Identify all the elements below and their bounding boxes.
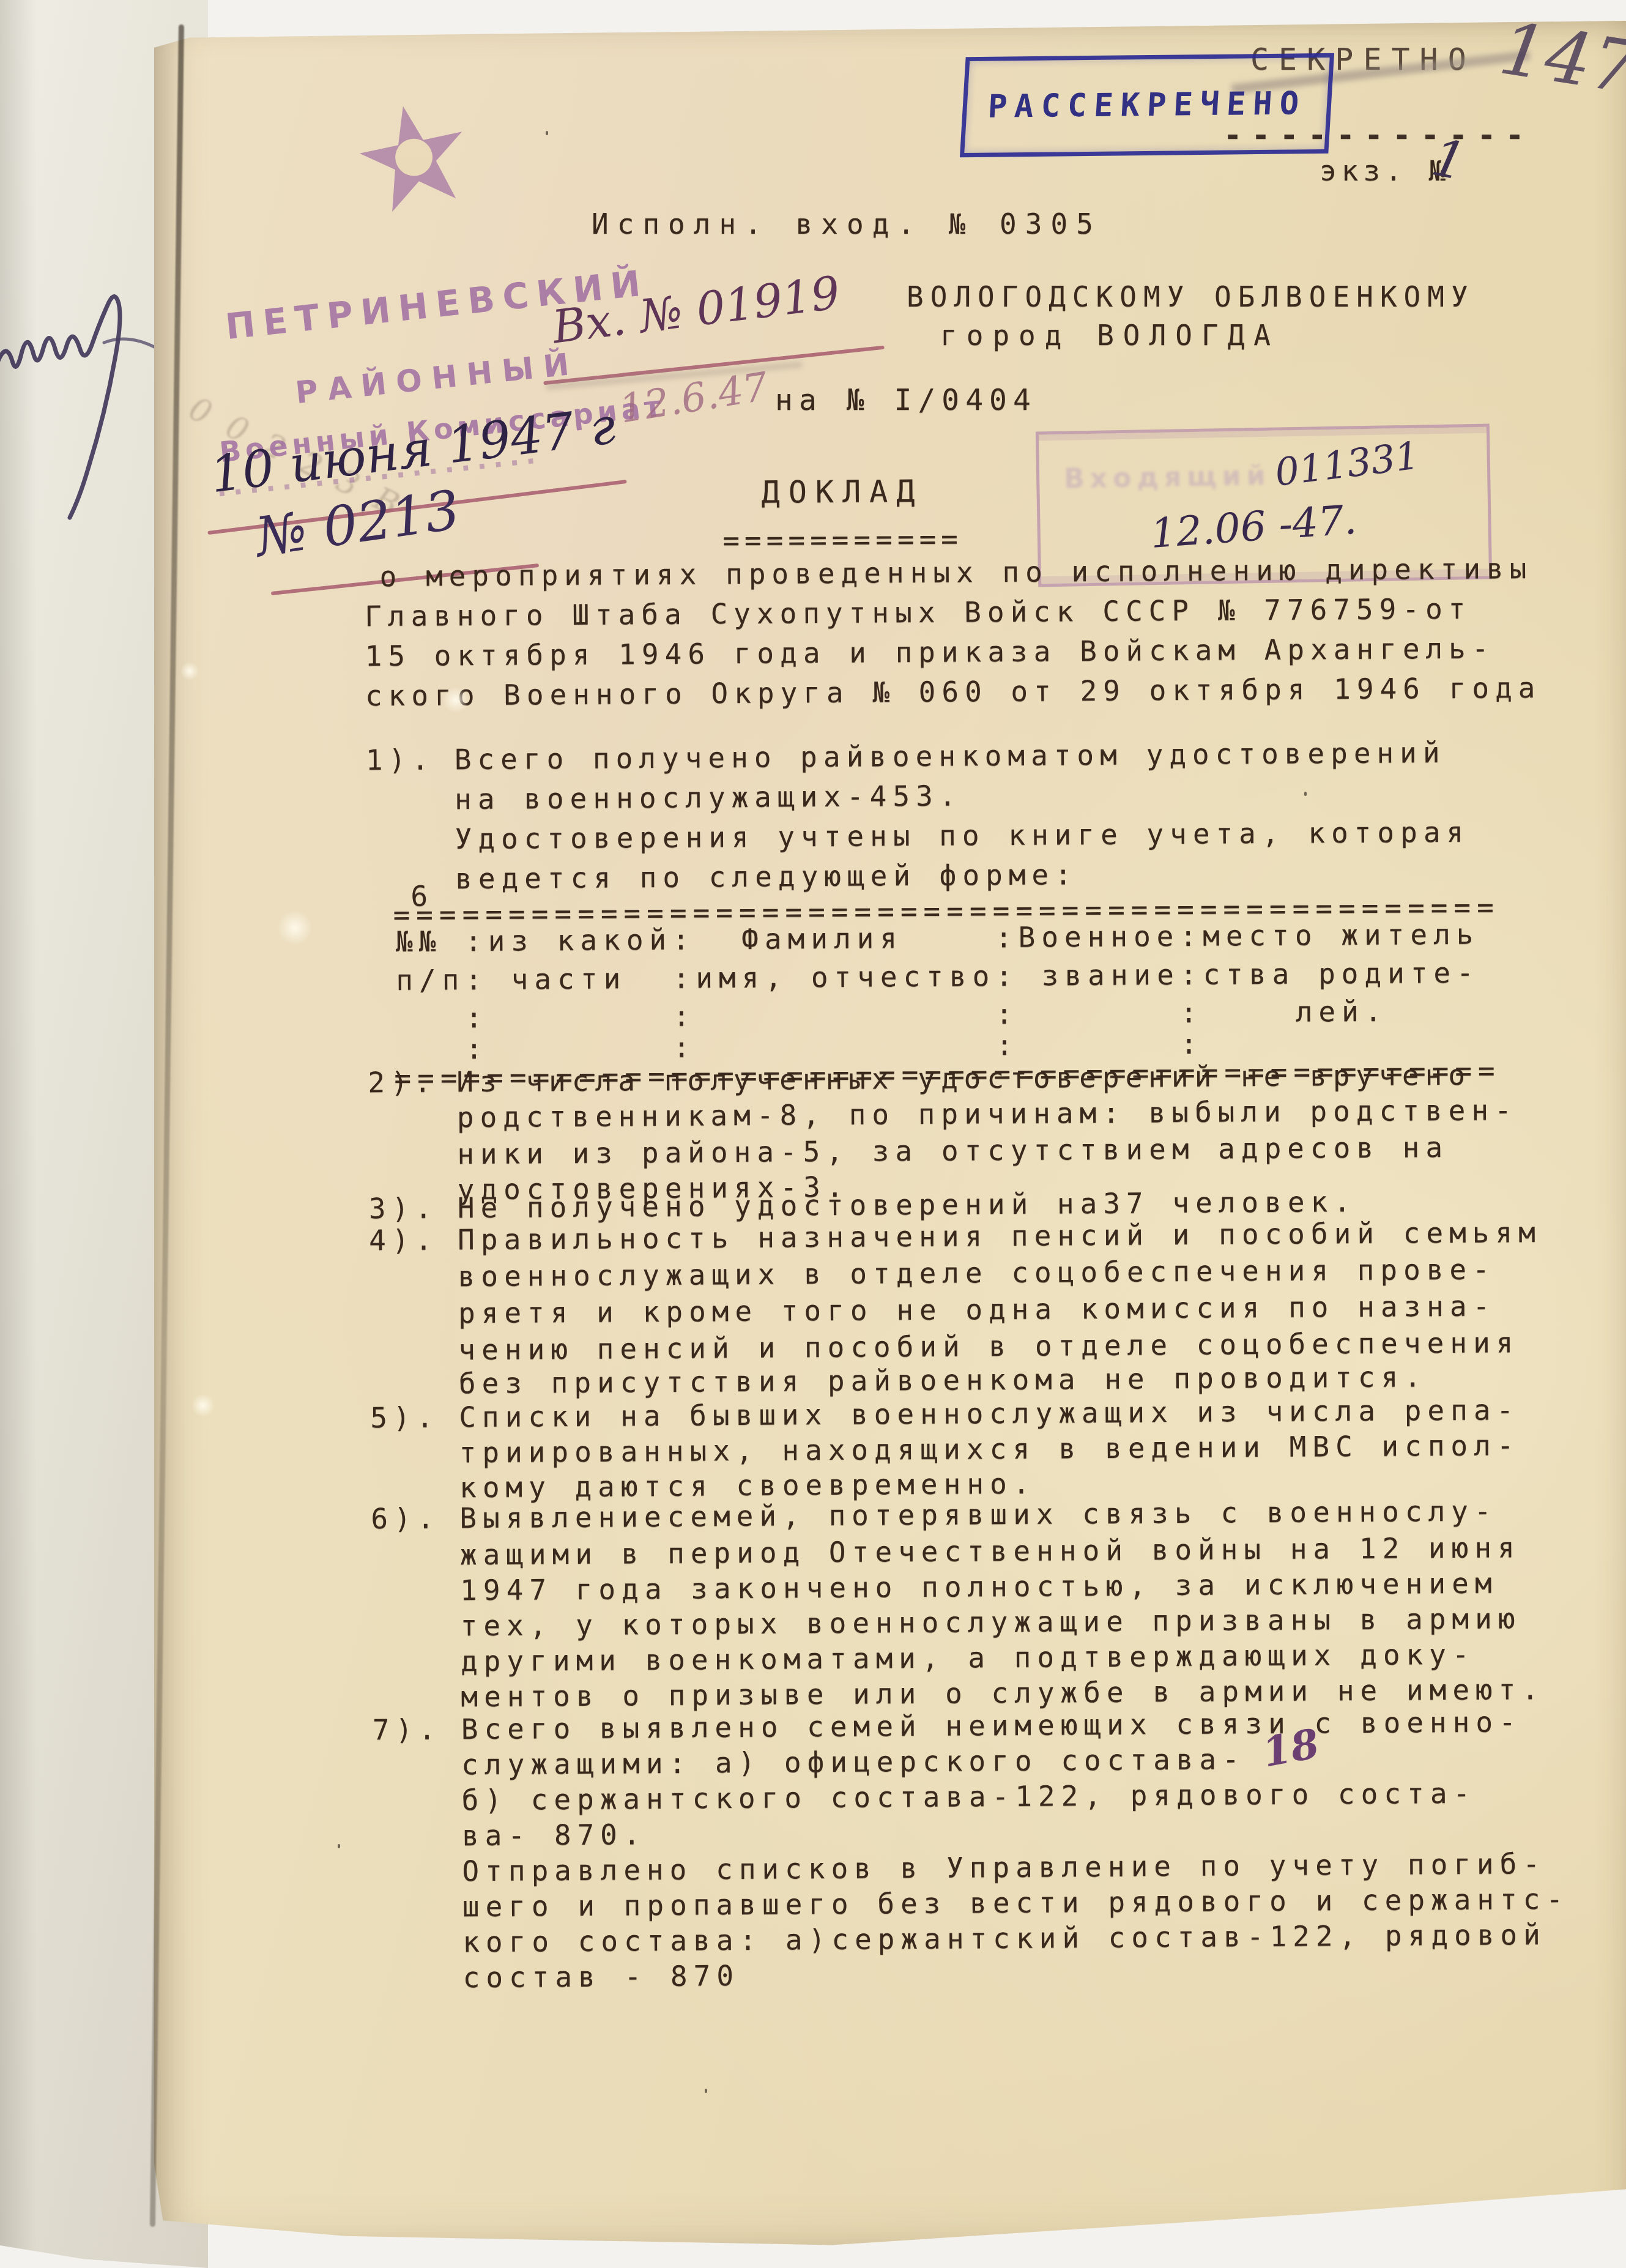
report-title-underline: ===========	[722, 522, 963, 557]
item-number: 7).	[373, 1712, 442, 1746]
item-line: служащими: а) офицерского состава-	[461, 1742, 1245, 1781]
table-header-line-1: №№ :из какой: Фамилия :Военное:место жит…	[396, 918, 1480, 958]
officer-count-handwritten: 18	[1259, 1719, 1323, 1776]
paper-speck	[546, 131, 548, 135]
item-number: 5).	[370, 1400, 439, 1434]
item-number: 3).	[369, 1192, 438, 1225]
item-number: 6).	[371, 1501, 440, 1535]
item-line: ведется по следующей форме:	[455, 858, 1078, 895]
item-line: кого состава: а)сержантский состав-122, …	[462, 1918, 1546, 1958]
item-line: Всего получено райвоенкоматом удостовере…	[455, 736, 1446, 776]
item-number: 2).	[368, 1066, 437, 1099]
item-line: ва- 870.	[462, 1818, 647, 1852]
item-line: Выявлениесемей, потерявших связь с военн…	[459, 1494, 1498, 1534]
typed-body: ДОКЛАД =========== о мероприятиях провед…	[149, 15, 1626, 2258]
item-number: 4).	[369, 1223, 438, 1257]
table-header-line-3: : : : : лей.	[396, 995, 1388, 1035]
item-line: тех, у которых военнослужащие призваны в…	[460, 1602, 1521, 1642]
item-line: родственникам-8, по причинам: выбыли род…	[457, 1093, 1518, 1134]
paper-speck	[1304, 792, 1307, 796]
paper-speck	[338, 1844, 340, 1848]
item-line: шего и пропавшего без вести рядового и с…	[462, 1883, 1570, 1924]
intro-line: ского Военного Округа № 060 от 29 октябр…	[365, 671, 1542, 712]
item-line: без присутствия райвоенкома не проводитс…	[459, 1360, 1428, 1400]
item-line: другими военкоматами, а подтверждающих д…	[461, 1638, 1476, 1678]
main-page: 00223В СЕКРЕТНО ----------- экз. № 1 147…	[154, 21, 1626, 2254]
item-line: военнослужащих в отделе соцобеспечения п…	[458, 1252, 1496, 1293]
report-title: ДОКЛАД	[762, 474, 924, 510]
item-line: жащими в период Отечественной войны на 1…	[460, 1531, 1521, 1571]
item-line: Из числа полученных удостоверений не вру…	[456, 1058, 1471, 1099]
item-line: состав - 870	[462, 1959, 740, 1994]
item-line: Всего выявлено семей неимеющих связи с в…	[461, 1705, 1522, 1746]
item-line: Списки на бывших военнослужащих из числа…	[459, 1393, 1520, 1433]
table-header-line-2: п/п: части :имя, отчество: звание:ства р…	[396, 956, 1480, 997]
item-line: б) сержантского состава-122, рядового со…	[461, 1777, 1476, 1817]
scanned-document: 00223В СЕКРЕТНО ----------- экз. № 1 147…	[0, 0, 1626, 2268]
intro-line: о мероприятиях проведенных по исполнению…	[379, 552, 1532, 593]
paper-blemish	[180, 662, 199, 680]
intro-line: Главного Штаба Сухопутных Войск СССР № 7…	[365, 592, 1472, 633]
item-number: 1).	[366, 743, 435, 777]
item-line: Удостоверения учтены по книге учета, кот…	[455, 816, 1469, 856]
item-line: на военнослужащих-453.	[455, 779, 962, 816]
item-line: Отправлено списков в Управление по учету…	[462, 1847, 1546, 1887]
intro-line: 15 октября 1946 года и приказа Войскам А…	[365, 631, 1494, 672]
paper-blemish	[191, 1394, 215, 1416]
item-line: 1947 года закончено полностью, за исключ…	[460, 1566, 1498, 1607]
item-line: Правильность назначения пенсий и пособий…	[458, 1216, 1542, 1256]
paper-blemish	[442, 688, 470, 712]
paper-blemish	[277, 911, 313, 945]
item-line: ники из района-5, за отсутствием адресов…	[457, 1131, 1449, 1170]
paper-speck	[705, 2089, 707, 2093]
item-line: ряетя и кроме того не одна комиссия по н…	[458, 1289, 1496, 1329]
item-line: триированных, находящихся в ведении МВС …	[459, 1429, 1520, 1469]
